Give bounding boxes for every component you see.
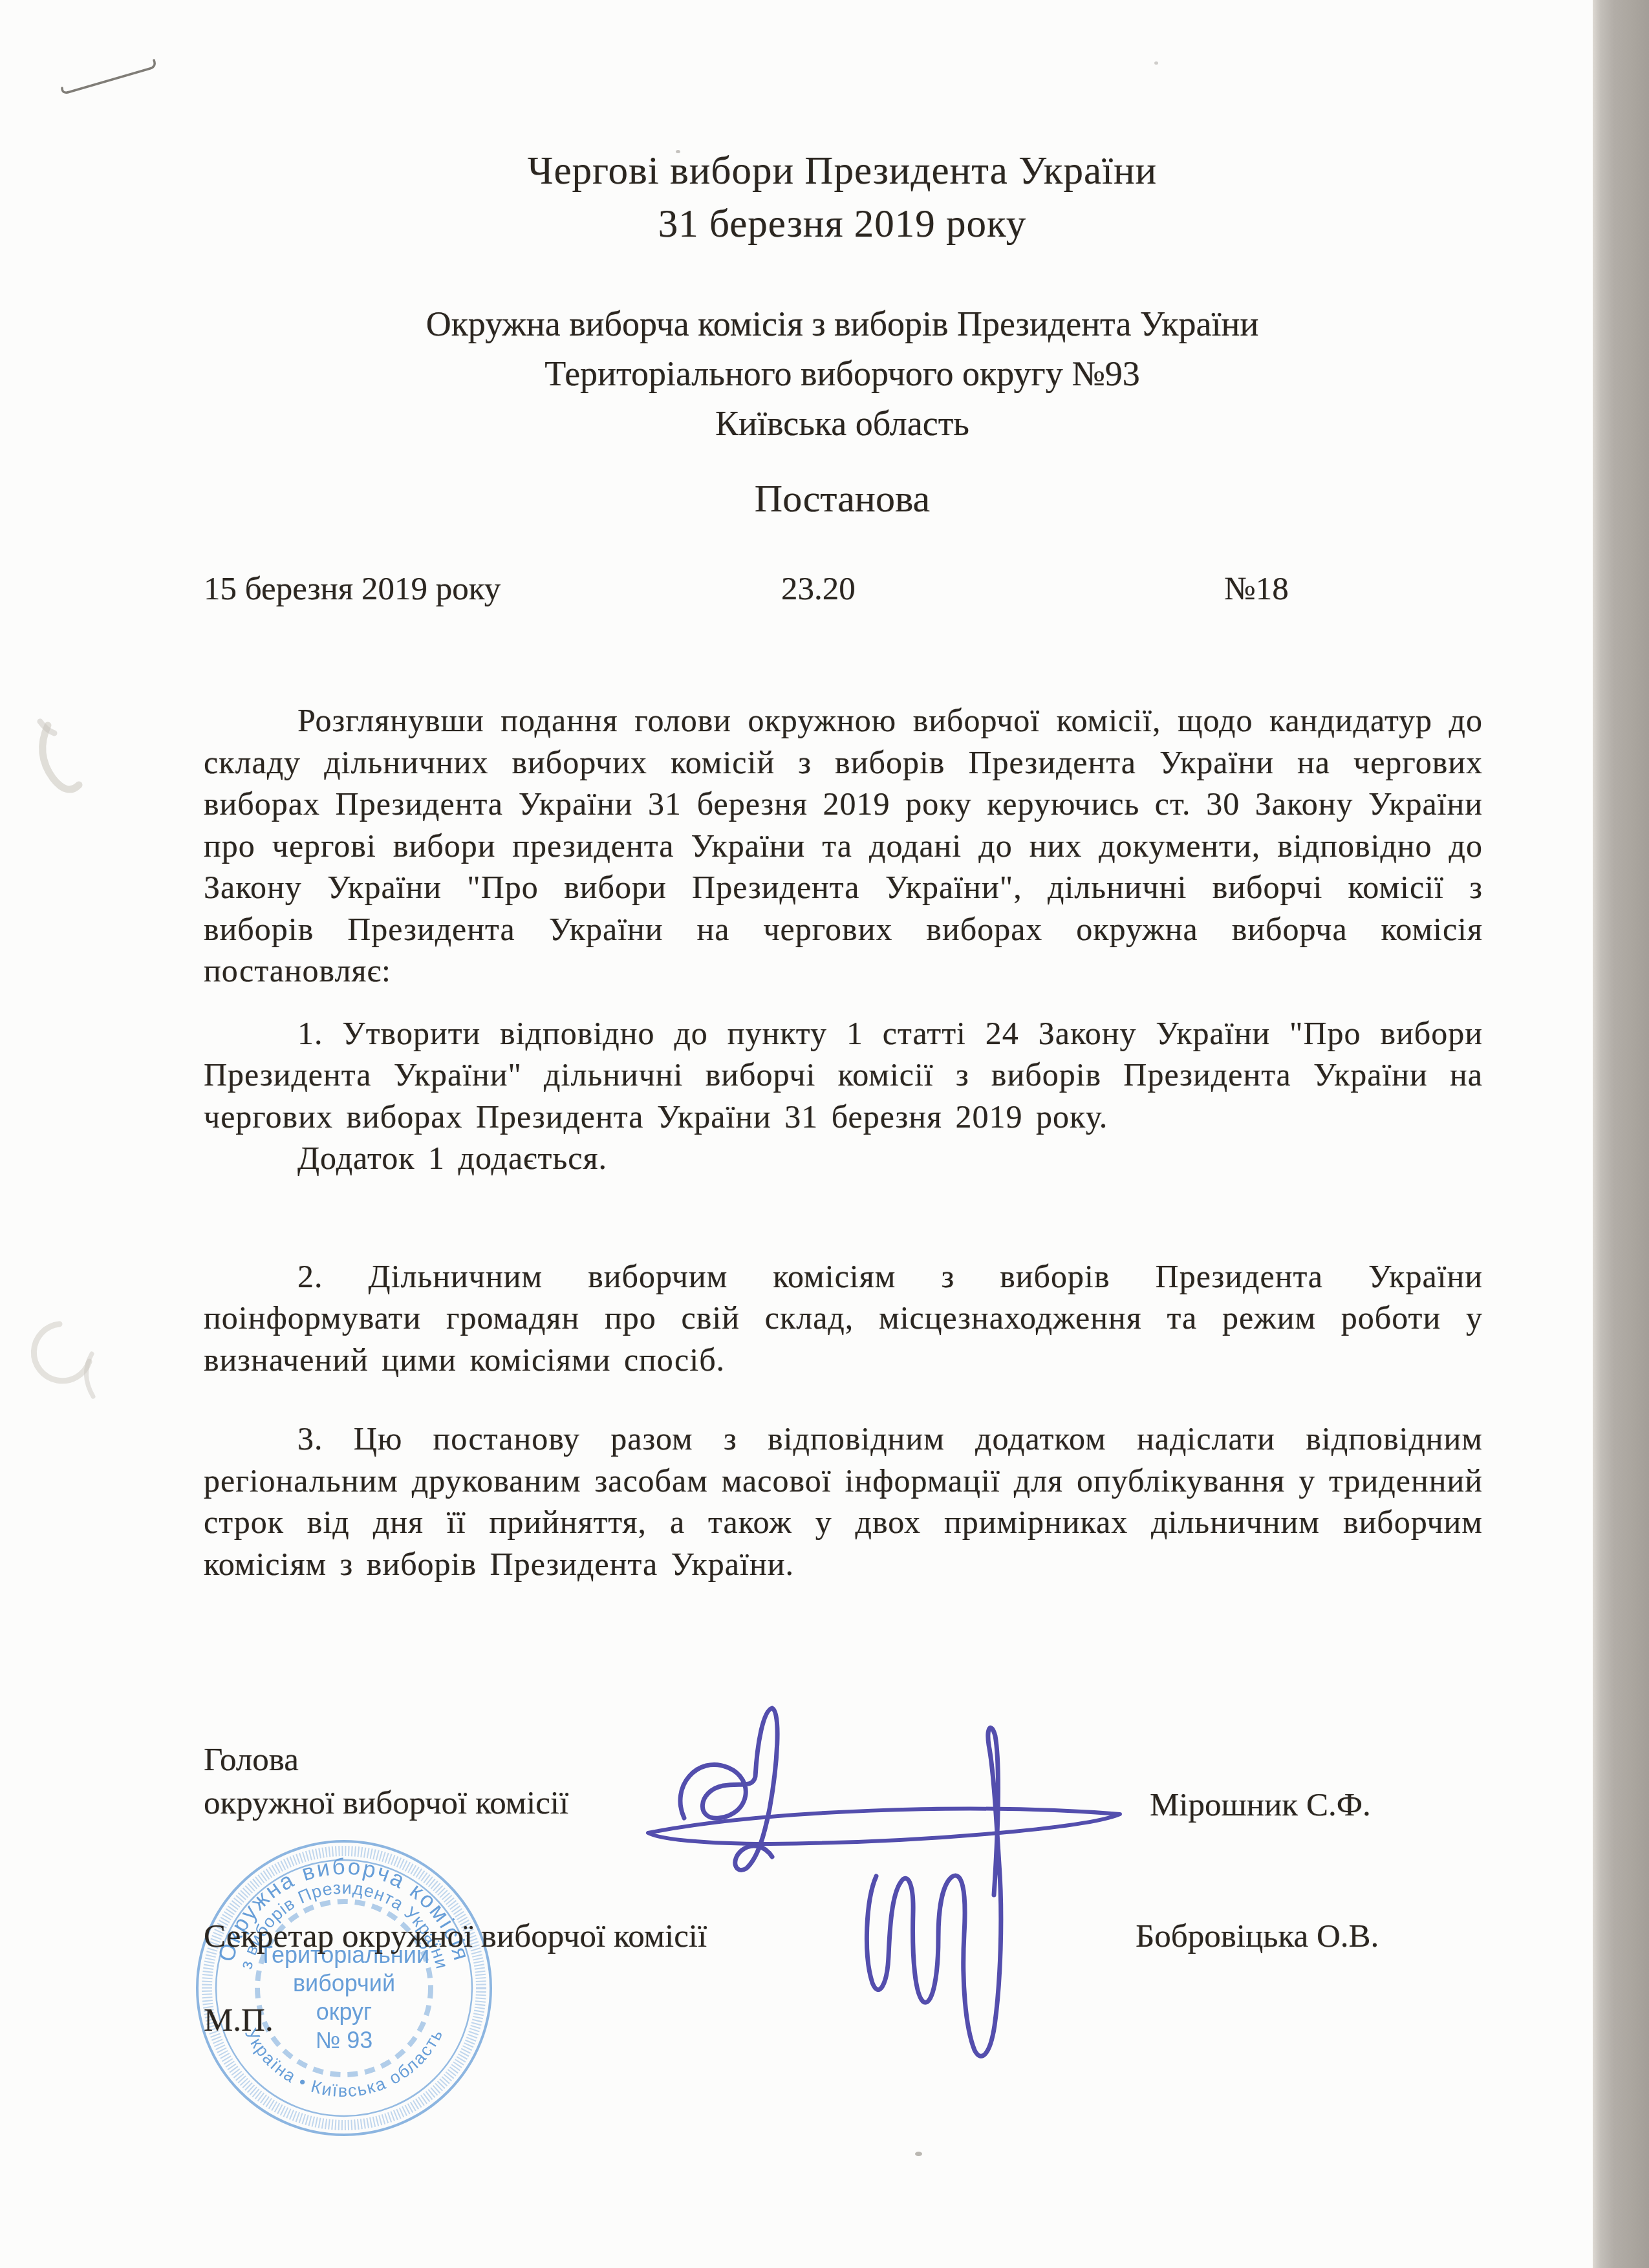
scan-artifact-smudge xyxy=(19,1312,155,1416)
head-signature-flourish xyxy=(648,1809,1120,1844)
document-date: 15 березня 2019 року xyxy=(204,570,501,608)
scan-artifact-pen-scratch xyxy=(39,45,188,103)
document-type-title: Постанова xyxy=(204,476,1481,521)
meta-row: 15 березня 2019 року 23.20 №18 xyxy=(204,570,1481,615)
scan-speck xyxy=(1154,61,1158,65)
page-title-line1: Чергові вибори Президента України xyxy=(204,145,1481,197)
paragraph-item-3: 3. Цю постанову разом з відповідним дода… xyxy=(204,1418,1483,1585)
stamp-center-line2: виборчий xyxy=(293,1970,395,1996)
handwritten-signatures xyxy=(608,1681,1190,2134)
stamp-center-line3: округ xyxy=(316,1998,372,2025)
scan-speck xyxy=(915,2152,922,2156)
paragraph-intro: Розглянувши подання голови окружною вибо… xyxy=(204,700,1483,992)
org-name-line1: Окружна виборча комісія з виборів Презид… xyxy=(204,299,1481,349)
document-time: 23.20 xyxy=(781,570,856,608)
scan-artifact-smudge xyxy=(26,711,136,821)
scanner-edge-shadow xyxy=(1593,0,1649,2268)
org-name-line3: Київська область xyxy=(204,399,1481,449)
page-title-line2: 31 березня 2019 року xyxy=(204,198,1481,250)
document-body: Розглянувши подання голови окружною вибо… xyxy=(204,700,1483,1585)
seal-placeholder-mark: М.П. xyxy=(204,2002,274,2039)
scanned-document-page: Чергові вибори Президента України 31 бер… xyxy=(0,0,1649,2268)
stamp-center-line4: № 93 xyxy=(316,2027,373,2053)
secretary-signature xyxy=(867,1728,1000,2056)
head-role-line2: окружної виборчої комісії xyxy=(204,1784,568,1822)
head-role-line1: Голова xyxy=(204,1741,299,1779)
paragraph-item-2: 2. Дільничним виборчим комісіям з виборі… xyxy=(204,1256,1483,1381)
paragraph-item-1-note: Додаток 1 додається. xyxy=(204,1137,1483,1179)
org-name-line2: Територіального виборчого округу №93 xyxy=(204,349,1481,399)
document-number: №18 xyxy=(1224,570,1289,608)
round-official-stamp: Окружна виборча комісія з виборів Презид… xyxy=(192,1836,496,2140)
paragraph-item-1: 1. Утворити відповідно до пункту 1 статт… xyxy=(204,1012,1483,1138)
